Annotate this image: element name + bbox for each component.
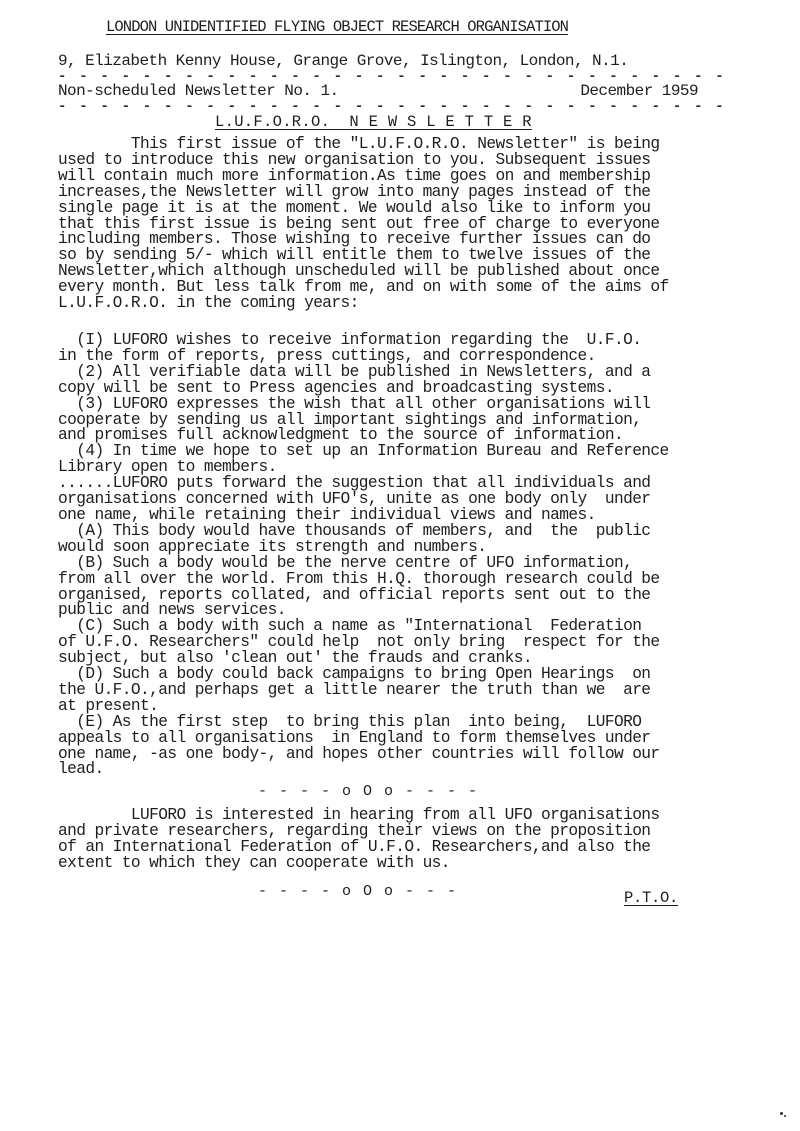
- issue-number: Non-scheduled Newsletter No. 1.: [58, 82, 339, 100]
- aims-list: (I) LUFORO wishes to receive information…: [58, 333, 708, 778]
- section-separator: - - - - o O o - - - -: [258, 783, 479, 800]
- newsletter-page: LONDON UNIDENTIFIED FLYING OBJECT RESEAR…: [0, 0, 800, 1131]
- section-separator-end: - - - - o O o - - -: [258, 883, 458, 900]
- issue-row: Non-scheduled Newsletter No. 1. December…: [58, 82, 698, 100]
- newsletter-title: L.U.F.O.R.O. N E W S L E T T E R: [215, 114, 532, 130]
- please-turn-over: P.T.O.: [624, 889, 678, 907]
- intro-paragraph: This first issue of the "L.U.F.O.R.O. Ne…: [58, 137, 708, 312]
- paper-speck: [780, 1112, 783, 1115]
- text-line: L.U.F.O.R.O. in the coming years:: [58, 296, 708, 312]
- aim-line: lead.: [58, 762, 708, 778]
- address-line: 9, Elizabeth Kenny House, Grange Grove, …: [58, 53, 628, 69]
- paper-speck: [784, 1115, 786, 1117]
- organisation-title: LONDON UNIDENTIFIED FLYING OBJECT RESEAR…: [106, 19, 568, 35]
- closing-paragraph: LUFORO is interested in hearing from all…: [58, 808, 708, 872]
- issue-date: December 1959: [580, 82, 698, 100]
- text-line: extent to which they can cooperate with …: [58, 856, 708, 872]
- aim-line: one name, -as one body-, and hopes other…: [58, 747, 708, 763]
